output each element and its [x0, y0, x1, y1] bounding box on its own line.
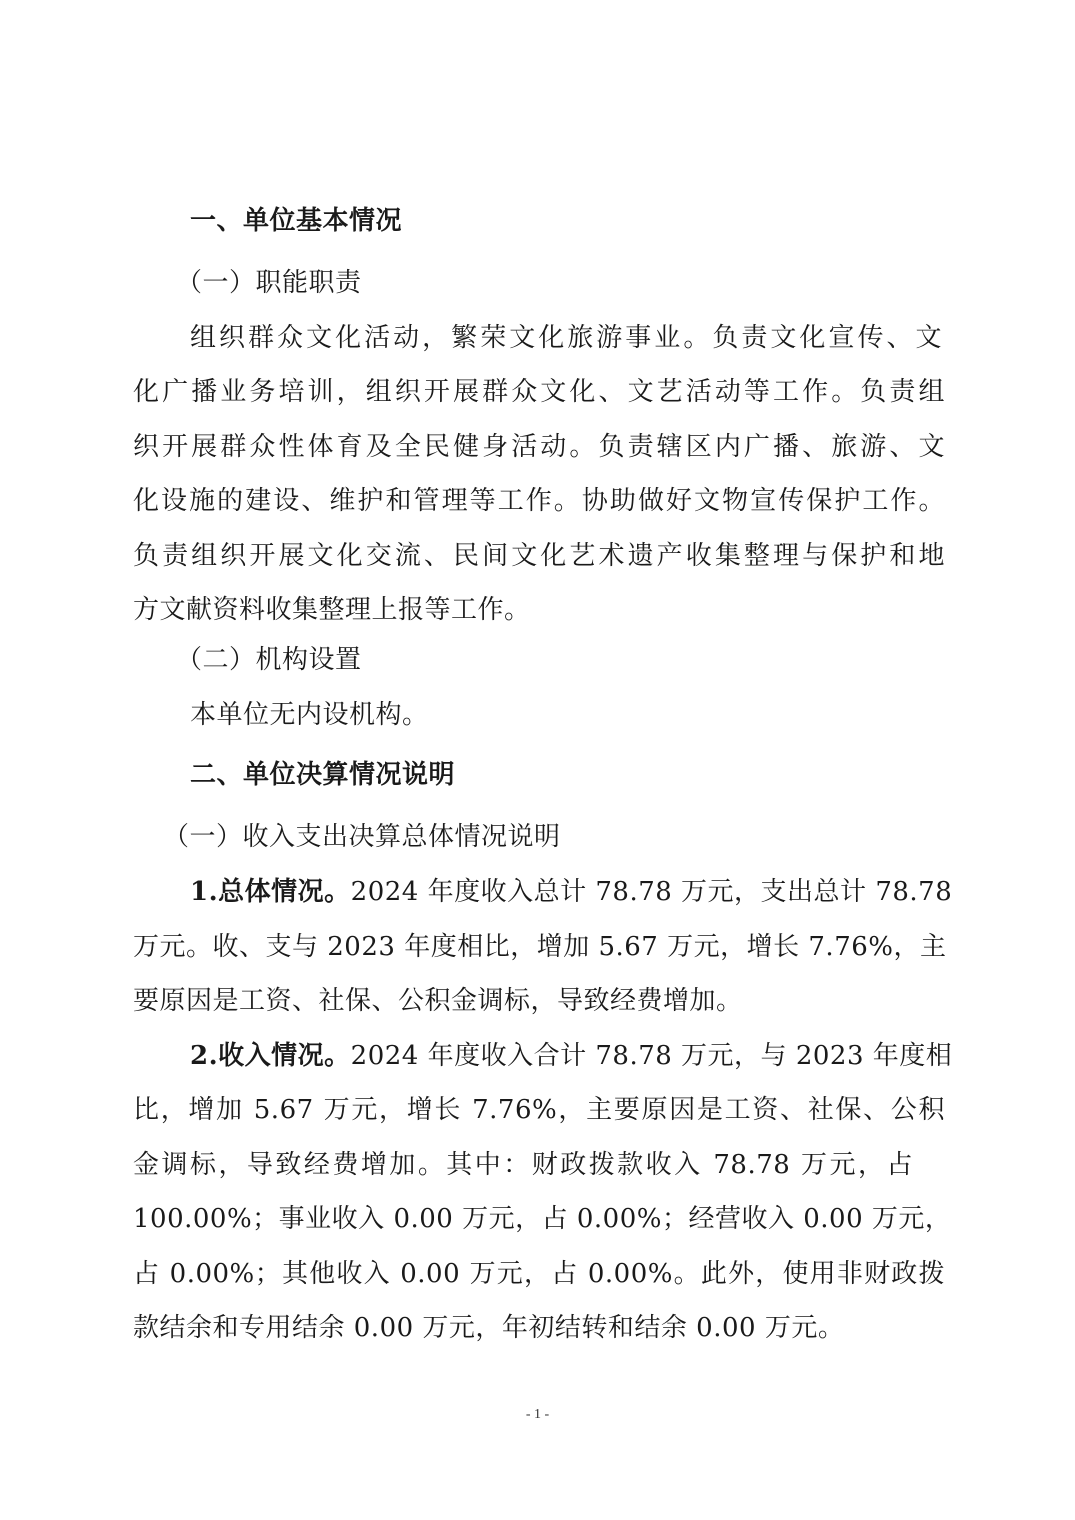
paragraph-lead: 1.总体情况。: [190, 877, 351, 907]
paragraph-line: 化设施的建设、维护和管理等工作。协助做好文物宣传保护工作。: [133, 484, 945, 518]
section-2-heading: 二、单位决算情况说明: [190, 758, 1002, 792]
paragraph-line: 要原因是工资、社保、公积金调标，导致经费增加。: [133, 984, 945, 1018]
paragraph-line: 款结余和专用结余 0.00 万元，年初结转和结余 0.00 万元。: [133, 1311, 945, 1345]
paragraph-line: 化广播业务培训，组织开展群众文化、文艺活动等工作。负责组: [133, 375, 945, 409]
paragraph-line: 比，增加 5.67 万元，增长 7.76%，主要原因是工资、社保、公积: [133, 1093, 945, 1127]
subsection-1-1-heading: （一）职能职责: [176, 266, 988, 300]
paragraph-line: 方文献资料收集整理上报等工作。: [133, 593, 945, 627]
page-number: - 1 -: [0, 1407, 1075, 1423]
paragraph-lead: 2.收入情况。: [190, 1041, 351, 1071]
section-1-heading: 一、单位基本情况: [190, 204, 1002, 238]
paragraph-line: 100.00%；事业收入 0.00 万元，占 0.00%；经营收入 0.00 万…: [133, 1202, 918, 1236]
paragraph-line: 万元。收、支与 2023 年度相比，增加 5.67 万元，增长 7.76%，主: [133, 930, 945, 964]
paragraph-line: 金调标，导致经费增加。其中：财政拨款收入 78.78 万元，占: [133, 1148, 913, 1182]
subsection-2-1-heading: （一）收入支出决算总体情况说明: [163, 820, 975, 854]
paragraph-line: 本单位无内设机构。: [190, 698, 1002, 732]
paragraph-line: 1.总体情况。2024 年度收入总计 78.78 万元，支出总计 78.78: [190, 875, 942, 909]
paragraph-line: 负责组织开展文化交流、民间文化艺术遗产收集整理与保护和地: [133, 539, 945, 573]
paragraph-line: 占 0.00%；其他收入 0.00 万元，占 0.00%。此外，使用非财政拨: [133, 1257, 945, 1291]
subsection-1-2-heading: （二）机构设置: [176, 643, 988, 677]
paragraph-line: 组织群众文化活动，繁荣文化旅游事业。负责文化宣传、文: [190, 321, 942, 355]
paragraph-line: 织开展群众性体育及全民健身活动。负责辖区内广播、旅游、文: [133, 430, 945, 464]
paragraph-line: 2.收入情况。2024 年度收入合计 78.78 万元，与 2023 年度相: [190, 1039, 942, 1073]
